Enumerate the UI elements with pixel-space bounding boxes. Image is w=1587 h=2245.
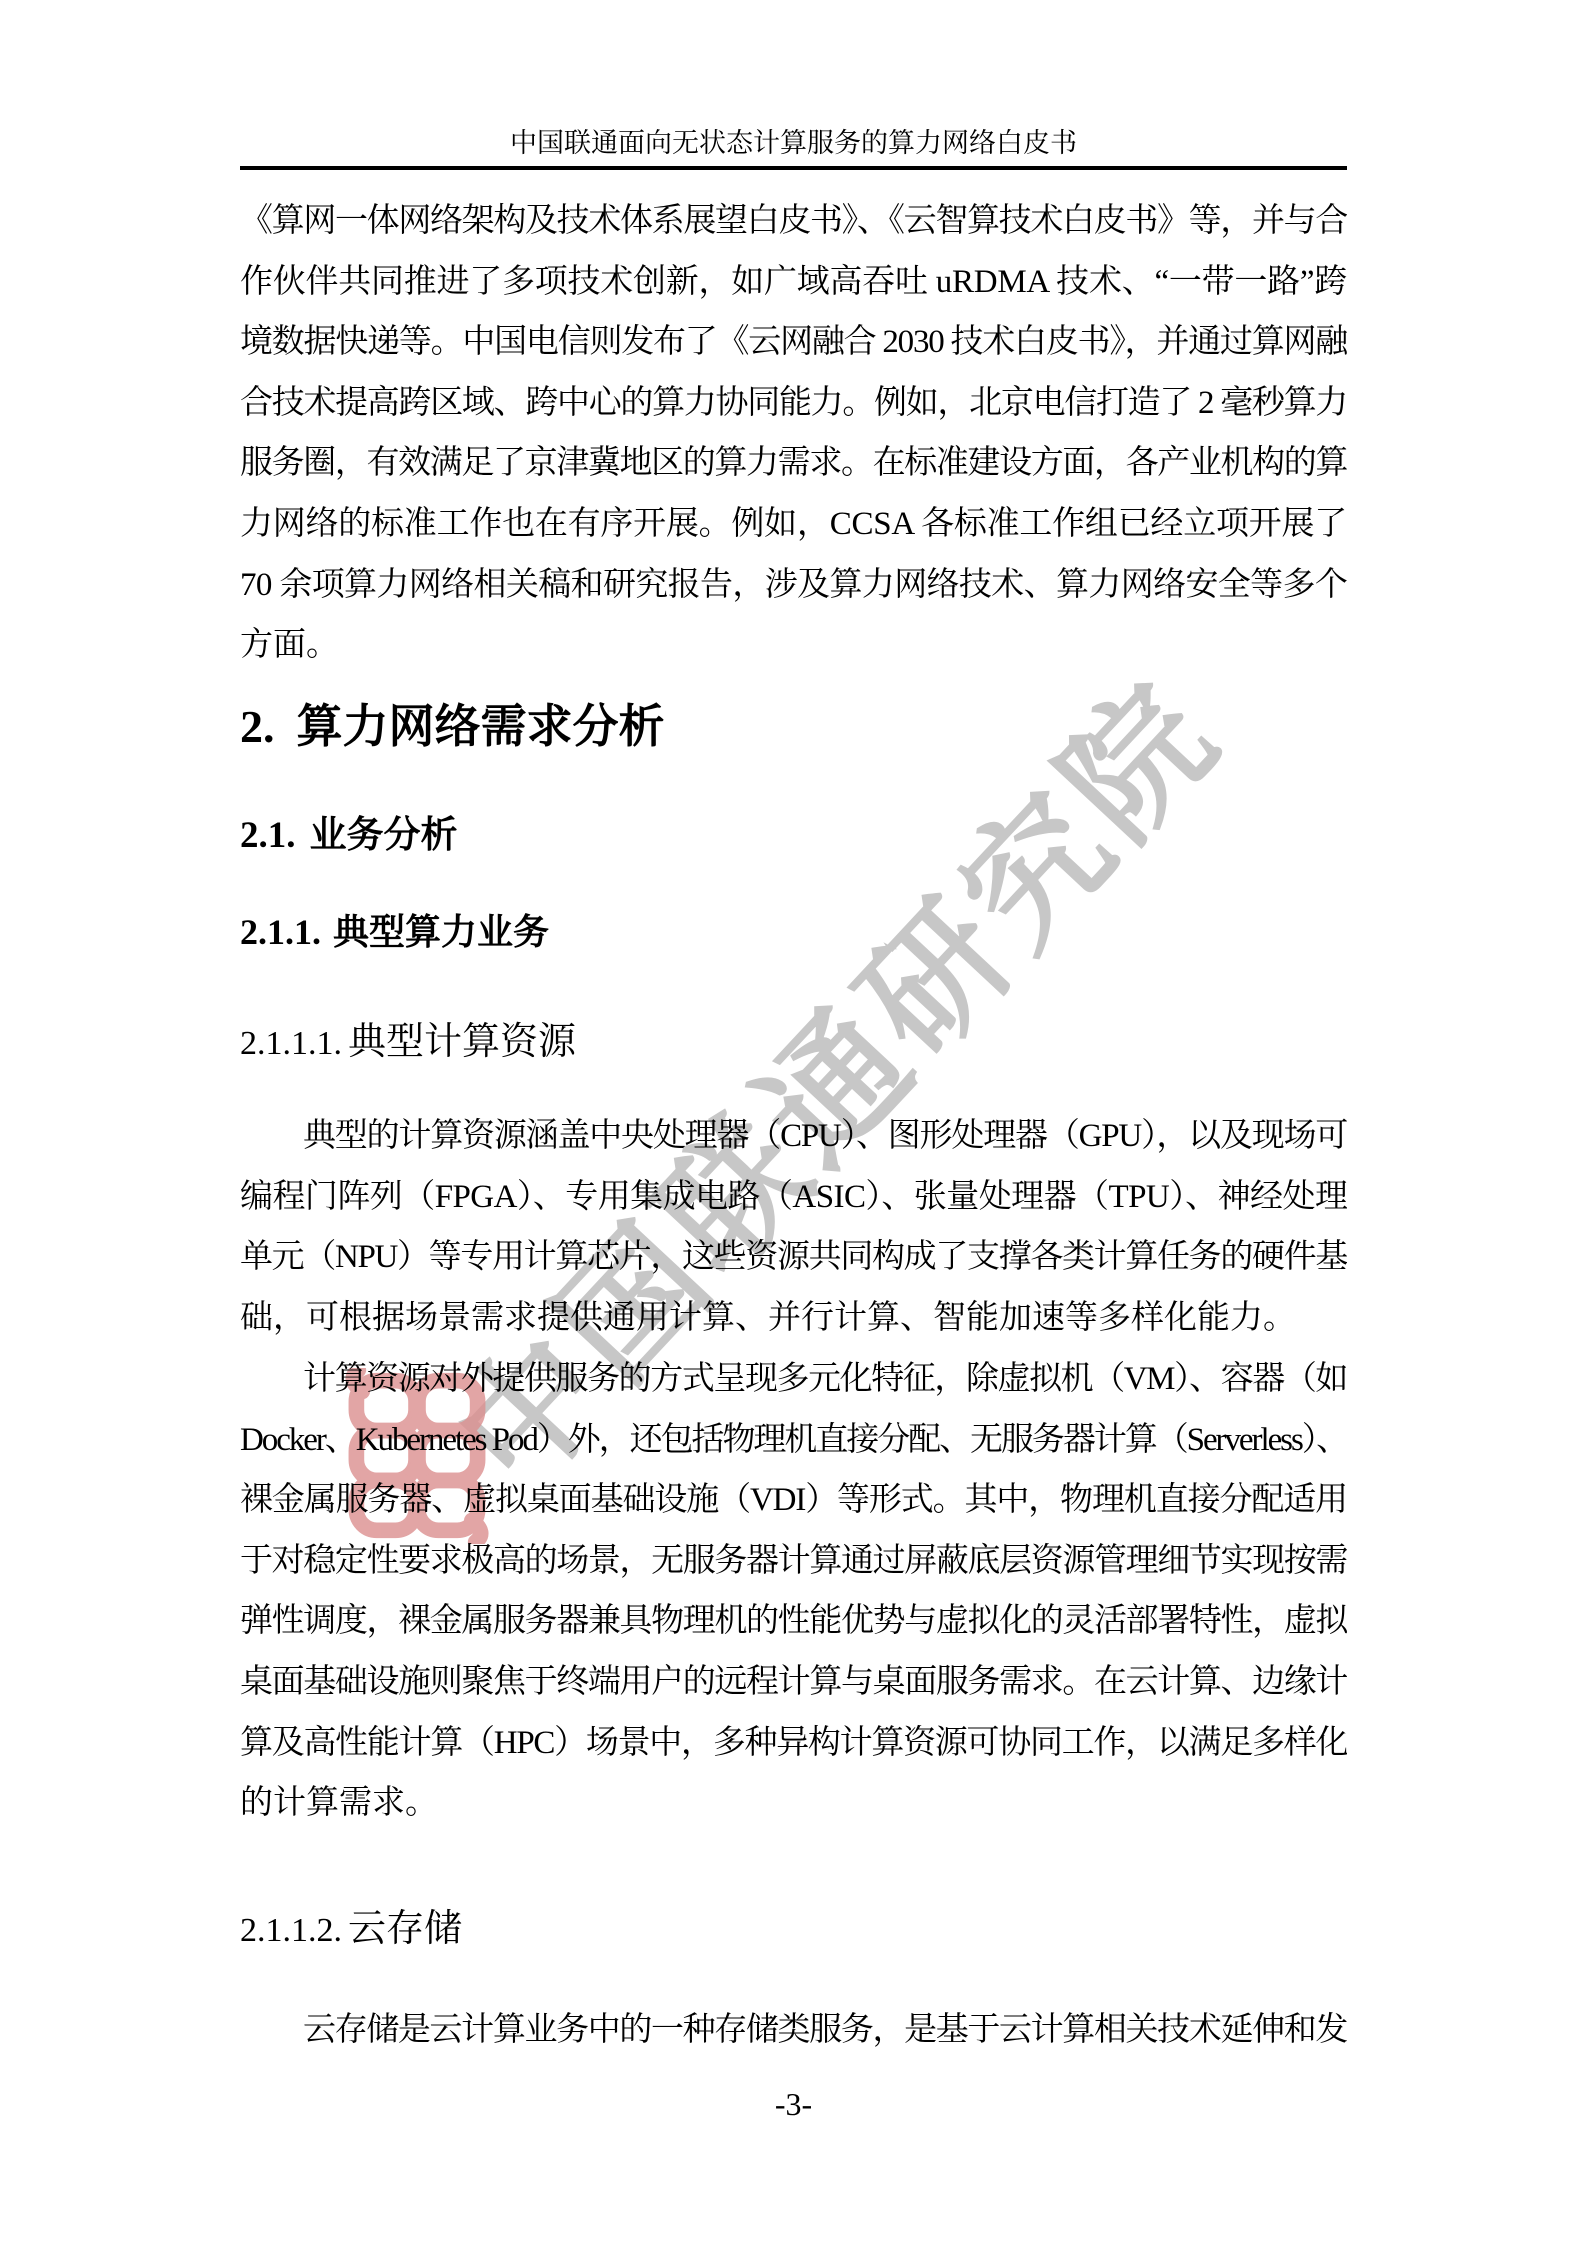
- text-line: 合技术提高跨区域、跨中心的算力协同能力。例如，北京电信打造了 2 毫秒算力: [240, 373, 1347, 434]
- text-line: 典型的计算资源涵盖中央处理器（CPU）、图形处理器（GPU），以及现场可: [240, 1106, 1347, 1167]
- section-heading-2: 2.算力网络需求分析: [240, 690, 665, 756]
- section-number: 2.1.1.: [240, 912, 321, 952]
- text-line: 作伙伴共同推进了多项技术创新，如广域高吞吐 uRDMA 技术、“一带一路”跨: [240, 252, 1347, 313]
- section-heading-2-1: 2.1.业务分析: [240, 804, 458, 858]
- section-title: 云存储: [348, 1908, 462, 1950]
- text-line: 的计算需求。: [240, 1773, 1347, 1834]
- text-line: 裸金属服务器、虚拟桌面基础设施（VDI）等形式。其中，物理机直接分配适用: [240, 1470, 1347, 1531]
- text-line: 70 余项算力网络相关稿和研究报告，涉及算力网络技术、算力网络安全等多个: [240, 555, 1347, 616]
- section-heading-2-1-1-1: 2.1.1.1.典型计算资源: [240, 1010, 576, 1065]
- text-line: 弹性调度，裸金属服务器兼具物理机的性能优势与虚拟化的灵活部署特性，虚拟: [240, 1591, 1347, 1652]
- text-line: 编程门阵列（FPGA）、专用集成电路（ASIC）、张量处理器（TPU）、神经处理: [240, 1167, 1347, 1228]
- section-title: 算力网络需求分析: [297, 700, 665, 752]
- page-number: -3-: [0, 2086, 1587, 2123]
- header-rule: [240, 166, 1347, 170]
- text-line: 础，可根据场景需求提供通用计算、并行计算、智能加速等多样化能力。: [240, 1288, 1347, 1349]
- section-number: 2.: [240, 701, 275, 752]
- text-line: 桌面基础设施则聚焦于终端用户的远程计算与桌面服务需求。在云计算、边缘计: [240, 1652, 1347, 1713]
- text-line: 单元（NPU）等专用计算芯片，这些资源共同构成了支撑各类计算任务的硬件基: [240, 1227, 1347, 1288]
- paragraph: 云存储是云计算业务中的一种存储类服务，是基于云计算相关技术延伸和发: [240, 2000, 1347, 2061]
- section-heading-2-1-1: 2.1.1.典型算力业务: [240, 904, 549, 955]
- document-page: 中国联通研究院 中国联通面向无状态计算服务的算力网络白皮书 《算网一体网络架构及…: [0, 0, 1587, 2245]
- section-number: 2.1.1.1.: [240, 1025, 342, 1062]
- page-header-title: 中国联通面向无状态计算服务的算力网络白皮书: [0, 127, 1587, 159]
- section-heading-2-1-1-2: 2.1.1.2.云存储: [240, 1897, 462, 1952]
- text-line: 算及高性能计算（HPC）场景中，多种异构计算资源可协同工作，以满足多样化: [240, 1713, 1347, 1774]
- section-title: 典型计算资源: [348, 1021, 576, 1063]
- paragraph: 计算资源对外提供服务的方式呈现多元化特征，除虚拟机（VM）、容器（如Docker…: [240, 1349, 1347, 1834]
- section-title: 业务分析: [310, 814, 458, 855]
- text-line: Docker、Kubernetes Pod）外，还包括物理机直接分配、无服务器计…: [240, 1410, 1347, 1471]
- text-line: 《算网一体网络架构及技术体系展望白皮书》、《云智算技术白皮书》等，并与合: [240, 191, 1347, 252]
- section-title: 典型算力业务: [333, 911, 549, 952]
- section-number: 2.1.1.2.: [240, 1912, 342, 1949]
- paragraph: 《算网一体网络架构及技术体系展望白皮书》、《云智算技术白皮书》等，并与合作伙伴共…: [240, 191, 1347, 676]
- text-line: 计算资源对外提供服务的方式呈现多元化特征，除虚拟机（VM）、容器（如: [240, 1349, 1347, 1410]
- paragraph: 典型的计算资源涵盖中央处理器（CPU）、图形处理器（GPU），以及现场可编程门阵…: [240, 1106, 1347, 1348]
- section-number: 2.1.: [240, 815, 296, 856]
- text-line: 力网络的标准工作也在有序开展。例如，CCSA 各标准工作组已经立项开展了: [240, 494, 1347, 555]
- text-line: 方面。: [240, 615, 1347, 676]
- text-line: 于对稳定性要求极高的场景，无服务器计算通过屏蔽底层资源管理细节实现按需: [240, 1531, 1347, 1592]
- text-line: 境数据快递等。中国电信则发布了《云网融合 2030 技术白皮书》，并通过算网融: [240, 312, 1347, 373]
- text-line: 服务圈，有效满足了京津冀地区的算力需求。在标准建设方面，各产业机构的算: [240, 433, 1347, 494]
- text-line: 云存储是云计算业务中的一种存储类服务，是基于云计算相关技术延伸和发: [240, 2000, 1347, 2061]
